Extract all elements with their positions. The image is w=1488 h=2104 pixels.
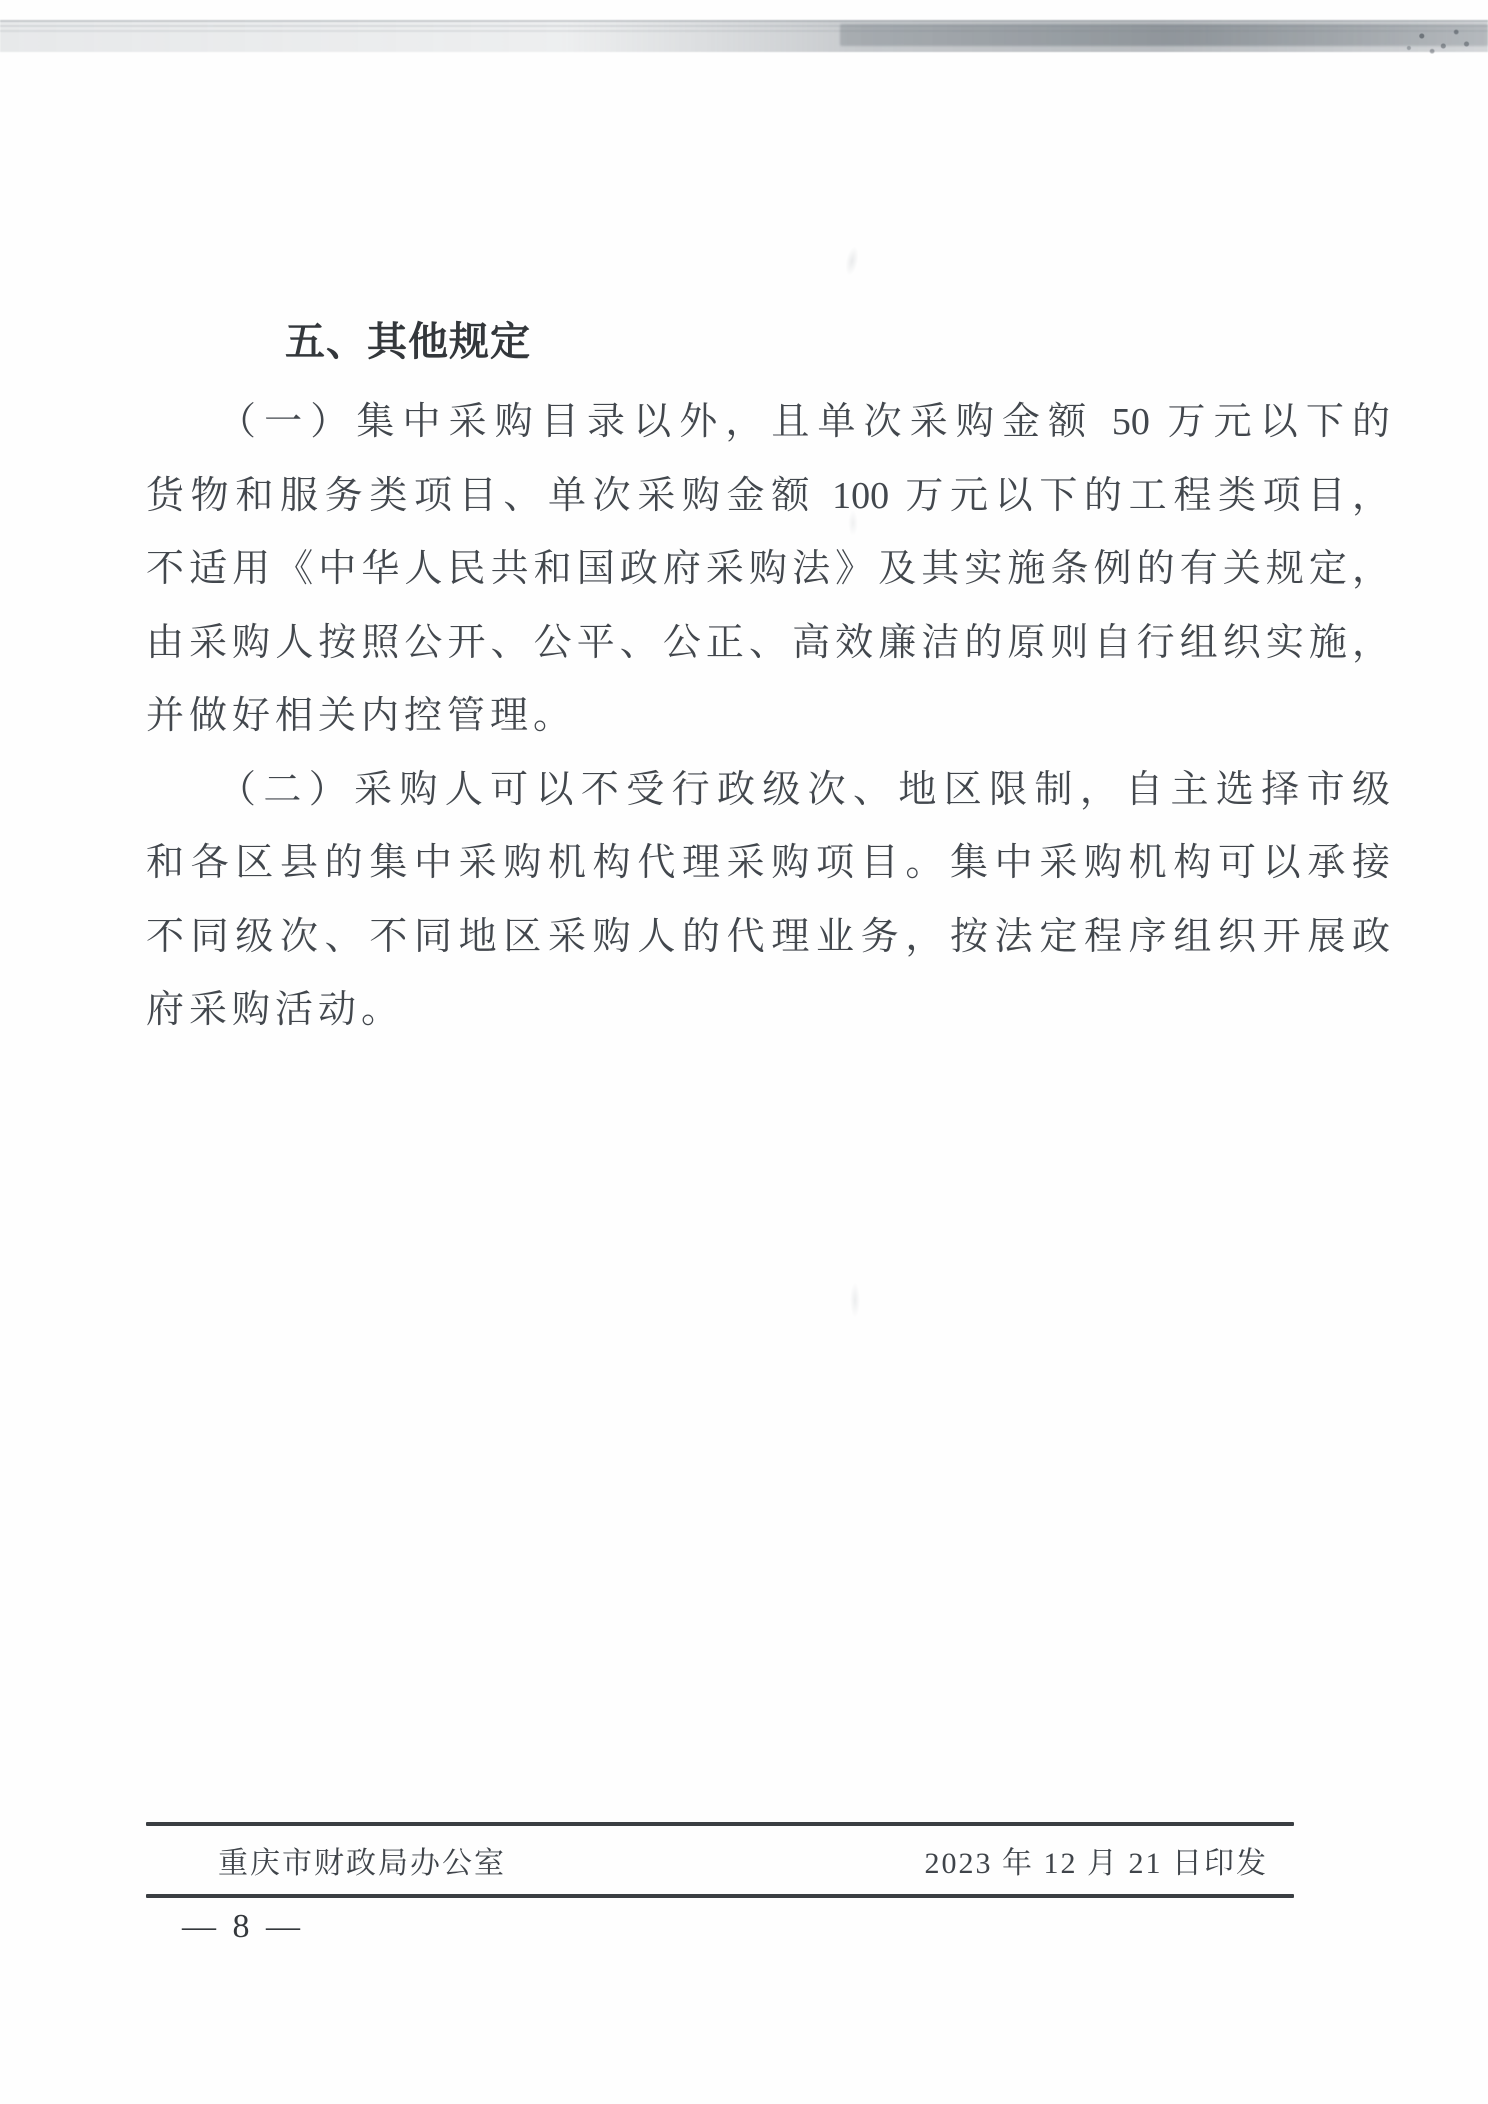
paragraph-line: 货物和服务类项目、单次采购金额 100 万元以下的工程类项目，: [146, 460, 1390, 534]
scanned-document-page: 五、其他规定 （一）集中采购目录以外，且单次采购金额 50 万元以下的 货物和服…: [0, 0, 1488, 2104]
document-body: 五、其他规定 （一）集中采购目录以外，且单次采购金额 50 万元以下的 货物和服…: [146, 306, 1390, 1048]
page-footer: 重庆市财政局办公室 2023 年 12 月 21 日印发: [146, 1822, 1294, 1898]
scan-smudge: [850, 1282, 860, 1318]
scan-artifact-band-dark: [840, 24, 1488, 46]
paragraph-line: 并做好相关内控管理。: [146, 680, 1390, 754]
scan-smudge: [843, 245, 861, 277]
paragraph-line: 不同级次、不同地区采购人的代理业务，按法定程序组织开展政: [146, 901, 1390, 975]
paragraph-line: （二）采购人可以不受行政级次、地区限制，自主选择市级: [146, 754, 1390, 828]
footer-print-date: 2023 年 12 月 21 日印发: [925, 1838, 1269, 1882]
section-heading: 五、其他规定: [146, 306, 1390, 379]
scan-artifact-speckles: [1396, 20, 1482, 60]
paragraph-line: 不适用《中华人民共和国政府采购法》及其实施条例的有关规定，: [146, 533, 1390, 607]
footer-issuer: 重庆市财政局办公室: [218, 1838, 506, 1882]
paragraph-line: 由采购人按照公开、公平、公正、高效廉洁的原则自行组织实施，: [146, 607, 1390, 681]
footer-bottom-rule: [146, 1894, 1294, 1898]
page-number: — 8 —: [182, 1908, 304, 1946]
paragraph-line: 府采购活动。: [146, 974, 1390, 1048]
paragraph-line: 和各区县的集中采购机构代理采购项目。集中采购机构可以承接: [146, 827, 1390, 901]
footer-row: 重庆市财政局办公室 2023 年 12 月 21 日印发: [146, 1826, 1294, 1894]
paragraph-line: （一）集中采购目录以外，且单次采购金额 50 万元以下的: [146, 386, 1390, 460]
